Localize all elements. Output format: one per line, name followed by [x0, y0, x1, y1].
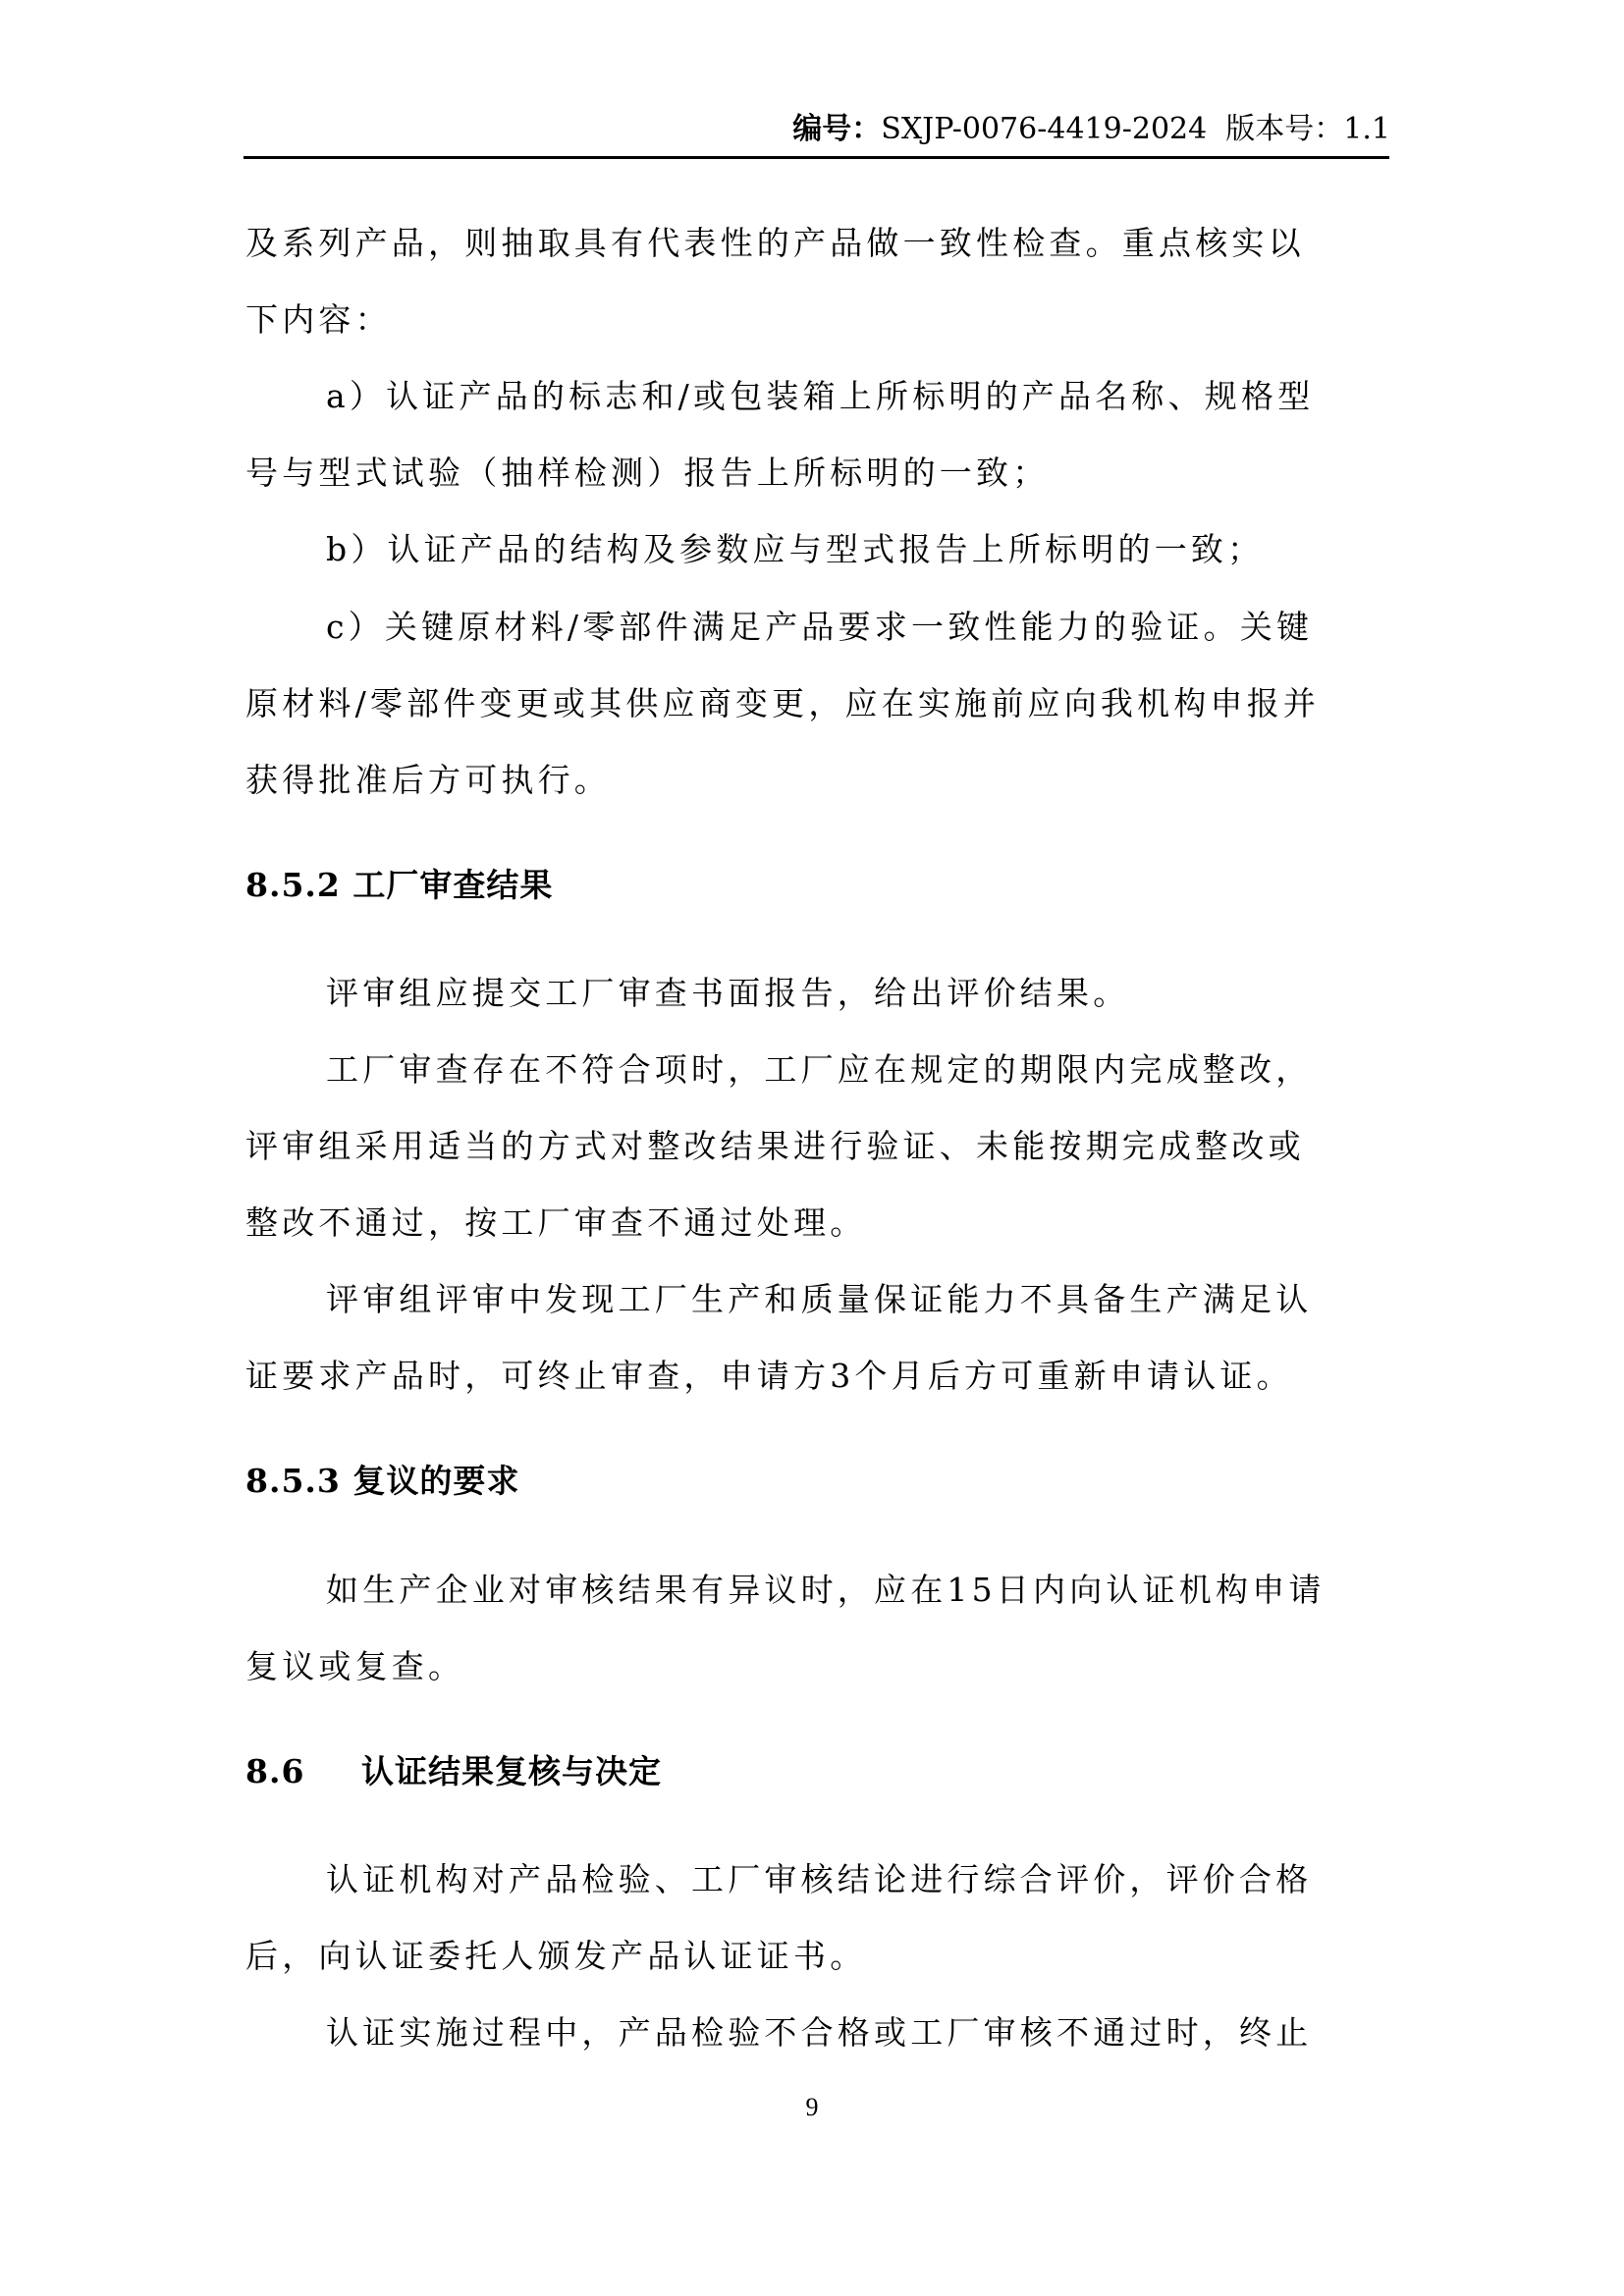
body-line: 下内容：: [245, 298, 1389, 342]
code-label: 编号：: [792, 112, 881, 146]
section-heading-8-6: 8.6认证结果复核与决定: [245, 1750, 1389, 1793]
body-line: 及系列产品，则抽取具有代表性的产品做一致性检查。重点核实以: [245, 222, 1389, 265]
section-number: 8.5.2: [245, 866, 341, 904]
paragraph-line: 认证机构对产品检验、工厂审核结论进行综合评价，评价合格: [326, 1858, 1389, 1901]
section-title: 认证结果复核与决定: [361, 1752, 662, 1790]
version-value: 1.1: [1343, 112, 1390, 146]
paragraph-line: 证要求产品时，可终止审查，申请方3个月后方可重新申请认证。: [245, 1355, 1389, 1398]
code-value: SXJP-0076-4419-2024: [881, 112, 1207, 146]
page-number: 9: [0, 2093, 1624, 2122]
document-header: 编号：SXJP-0076-4419-2024 版本号：1.1: [792, 110, 1390, 149]
section-title: 工厂审查结果: [352, 866, 553, 904]
paragraph-line: 整改不通过，按工厂审查不通过处理。: [245, 1201, 1389, 1245]
paragraph-line: 认证实施过程中，产品检验不合格或工厂审核不通过时，终止: [326, 2011, 1389, 2055]
paragraph-line: 工厂审查存在不符合项时，工厂应在规定的期限内完成整改，: [326, 1048, 1389, 1092]
paragraph-line: 评审组采用适当的方式对整改结果进行验证、未能按期完成整改或: [245, 1125, 1389, 1168]
paragraph-line: 后，向认证委托人颁发产品认证证书。: [245, 1935, 1389, 1978]
header-rule: [244, 156, 1389, 159]
paragraph-line: 如生产企业对审核结果有异议时，应在15日内向认证机构申请: [326, 1569, 1389, 1612]
list-item-c: c）关键原材料/零部件满足产品要求一致性能力的验证。关键: [326, 606, 1389, 649]
body-line: 原材料/零部件变更或其供应商变更，应在实施前应向我机构申报并: [245, 682, 1389, 725]
section-title: 复议的要求: [352, 1462, 519, 1500]
list-item-a: a）认证产品的标志和/或包装箱上所标明的产品名称、规格型: [326, 375, 1389, 418]
version-label: 版本号：: [1225, 112, 1343, 146]
paragraph-line: 评审组评审中发现工厂生产和质量保证能力不具备生产满足认: [326, 1278, 1389, 1321]
section-heading-8-5-3: 8.5.3 复议的要求: [245, 1460, 1389, 1503]
body-line: 号与型式试验（抽样检测）报告上所标明的一致；: [245, 452, 1389, 495]
paragraph-line: 复议或复查。: [245, 1645, 1389, 1688]
body-line: 获得批准后方可执行。: [245, 759, 1389, 802]
section-number: 8.6: [245, 1750, 361, 1793]
paragraph-line: 评审组应提交工厂审查书面报告，给出评价结果。: [326, 972, 1389, 1015]
section-number: 8.5.3: [245, 1462, 341, 1500]
section-heading-8-5-2: 8.5.2 工厂审查结果: [245, 864, 1389, 907]
list-item-b: b）认证产品的结构及参数应与型式报告上所标明的一致；: [326, 528, 1389, 571]
